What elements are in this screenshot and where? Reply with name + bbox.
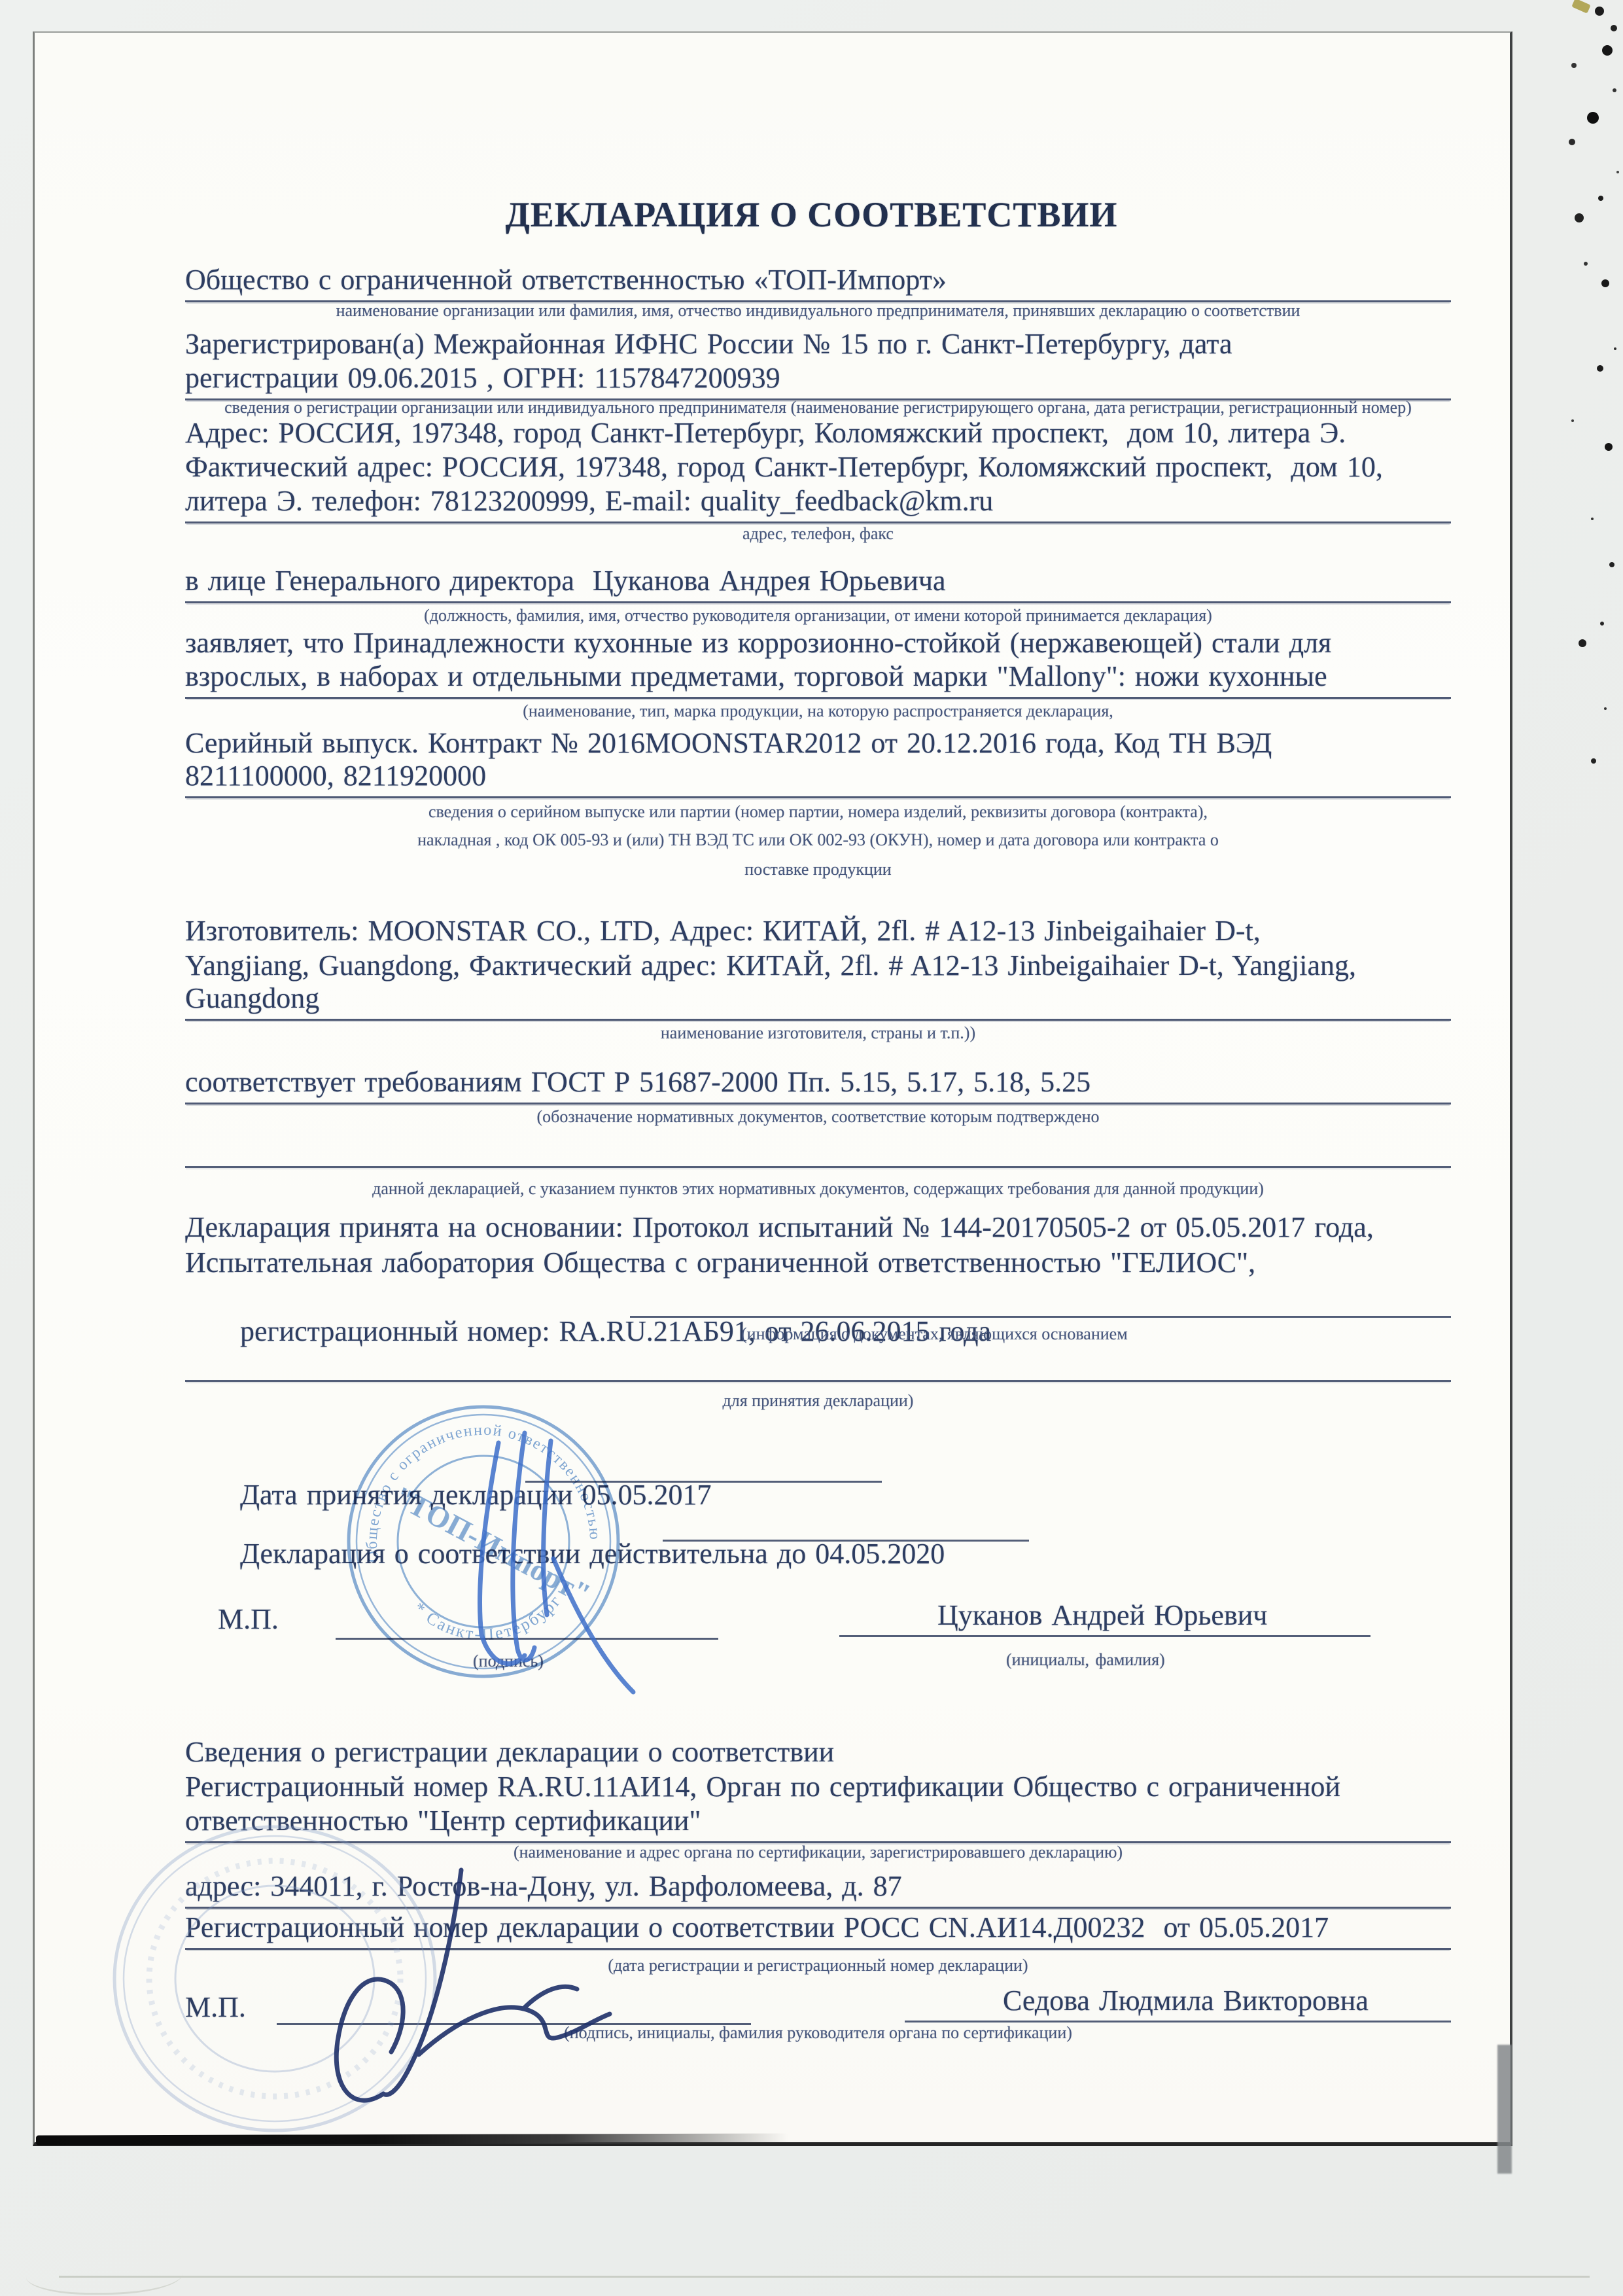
address-line-1: Адрес: РОССИЯ, 197348, город Санкт-Петер… [185, 416, 1451, 450]
manufacturer-line-2: Yangjiang, Guangdong, Фактический адрес:… [185, 949, 1451, 983]
validity-date-label: Декларация о соответствии действительна … [240, 1538, 815, 1570]
standards-line: соответствует требованиям ГОСТ Р 51687-2… [185, 1065, 1451, 1104]
declaration-reg-number-line: Регистрационный номер декларации о соотв… [185, 1911, 1451, 1950]
signatory-caption: (инициалы, фамилия) [1006, 1643, 1165, 1677]
mp-label: М.П. [218, 1602, 279, 1636]
separator-rule-1 [185, 1166, 1451, 1168]
representative-caption: (должность, фамилия, имя, отчество руков… [185, 606, 1451, 626]
manufacturer-line-3: Guangdong [185, 981, 1451, 1021]
scanned-declaration-document: { "document": { "title": "ДЕКЛАРАЦИЯ О С… [0, 0, 1623, 2296]
signatory-name: Цуканов Андрей Юрьевич [937, 1598, 1267, 1633]
basis-caption-1: (информация о документах, являющихся осн… [741, 1324, 1128, 1344]
signatory-underline [839, 1635, 1370, 1637]
separator-rule-2 [185, 1380, 1451, 1382]
serial-caption-3: поставке продукции [185, 860, 1451, 879]
declarant-signature-block: М.П. (подпись) Цуканов Андрей Юрьевич (и… [185, 1595, 1451, 1693]
scan-edge-bar [1497, 2045, 1512, 2174]
representative-line: в лице Генерального директора Цуканова А… [185, 564, 1451, 603]
product-caption: (наименование, тип, марка продукции, на … [185, 701, 1451, 721]
registration-info-caption-1: (наименование и адрес органа по сертифик… [185, 1843, 1451, 1862]
registration-caption: сведения о регистрации организации или и… [185, 398, 1451, 417]
page-title: ДЕКЛАРАЦИЯ О СООТВЕТСТВИИ [172, 194, 1451, 235]
manufacturer-caption: наименование изготовителя, страны и т.п.… [185, 1023, 1451, 1043]
registration-info-caption-2: (дата регистрации и регистрационный номе… [185, 1956, 1451, 1975]
mp-label-2: М.П. [185, 1990, 246, 2024]
address-caption: адрес, телефон, факс [185, 524, 1451, 544]
standards-caption-1: (обозначение нормативных документов, соо… [185, 1107, 1451, 1127]
validity-date-value: 04.05.2020 [815, 1538, 945, 1570]
signature-line [336, 1638, 718, 1640]
product-line-1: заявляет, что Принадлежности кухонные из… [185, 626, 1451, 660]
serial-line-2: 8211100000, 8211920000 [185, 759, 1451, 798]
certification-body-address: адрес: 344011, г. Ростов-на-Дону, ул. Ва… [185, 1869, 1451, 1909]
registration-info-line-1: Регистрационный номер RA.RU.11АИ14, Орга… [185, 1770, 1451, 1804]
serial-caption-1: сведения о серийном выпуске или партии (… [185, 802, 1451, 822]
document-page: ДЕКЛАРАЦИЯ О СООТВЕТСТВИИ Общество с огр… [33, 31, 1512, 2146]
validity-date-underline [663, 1540, 1029, 1542]
basis-line-2: Испытательная лаборатория Общества с огр… [185, 1246, 1451, 1280]
document-content: ДЕКЛАРАЦИЯ О СООТВЕТСТВИИ Общество с огр… [185, 33, 1451, 2142]
certifier-name-underline [905, 2021, 1451, 2022]
scan-ink-speckles [0, 0, 7, 7]
manufacturer-line-1: Изготовитель: MOONSTAR CO., LTD, Адрес: … [185, 914, 1451, 948]
registration-line-1: Зарегистрирован(а) Межрайонная ИФНС Росс… [185, 327, 1451, 361]
basis-caption-2: для принятия декларации) [185, 1391, 1451, 1411]
serial-caption-2: накладная , код ОК 005-93 и (или) ТН ВЭД… [185, 830, 1451, 850]
scan-artifact-line [59, 2276, 1590, 2278]
serial-line-1: Серийный выпуск. Контракт № 2016MOONSTAR… [185, 726, 1451, 760]
basis-line-1: Декларация принята на основании: Протоко… [185, 1210, 1451, 1245]
registration-info-heading: Сведения о регистрации декларации о соот… [185, 1735, 1451, 1769]
address-line-3: литера Э. телефон: 78123200999, E-mail: … [185, 484, 1451, 523]
scan-corner-mark [1571, 0, 1590, 14]
standards-caption-2: данной декларацией, с указанием пунктов … [185, 1179, 1451, 1199]
registration-info-caption-3: (подпись, инициалы, фамилия руководителя… [185, 2023, 1451, 2043]
declarant-name-caption: наименование организации или фамилия, им… [185, 301, 1451, 321]
declarant-name-line: Общество с ограниченной ответственностью… [185, 263, 1451, 302]
certifier-head-name: Седова Людмила Викторовна [1003, 1984, 1369, 2018]
basis-underline [630, 1316, 1451, 1318]
product-line-2: взрослых, в наборах и отдельными предмет… [185, 660, 1451, 699]
page-curl-shadow [26, 2251, 183, 2295]
registration-info-line-2: ответственностью "Центр сертификации" [185, 1804, 1451, 1843]
registration-line-2: регистрации 09.06.2015 , ОГРН: 115784720… [185, 361, 1451, 400]
signature-caption: (подпись) [473, 1644, 544, 1678]
adoption-date-underline [525, 1481, 882, 1483]
address-line-2: Фактический адрес: РОССИЯ, 197348, город… [185, 450, 1451, 484]
